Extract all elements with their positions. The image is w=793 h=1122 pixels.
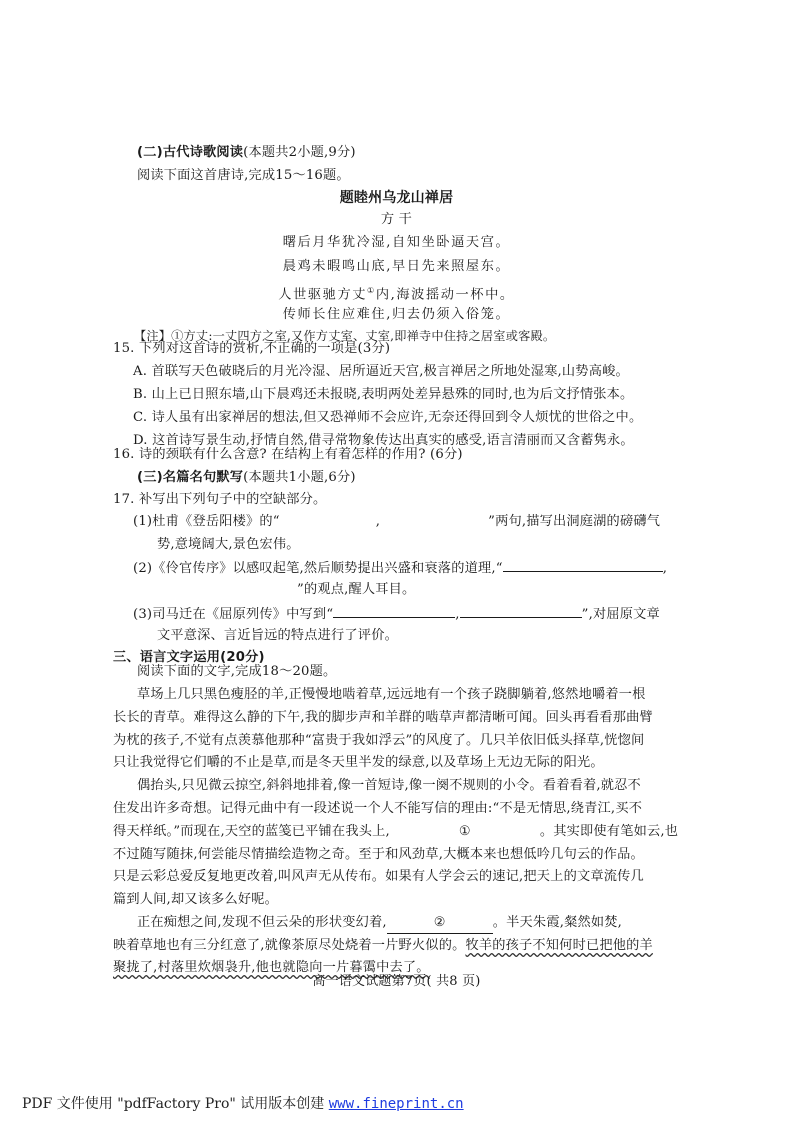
blank-1[interactable]: ①: [390, 822, 540, 842]
q17-item-2-blank-a[interactable]: [503, 557, 663, 572]
q15-option-c: C. 诗人虽有出家禅居的想法,但又恐禅师不会应许,无奈还得回到令人烦忧的世俗之中…: [133, 408, 642, 428]
passage-p2-line-4: 不过随写随抹,何尝能尽情描绘造物之奇。至于和风劲草,大概本来也想低吟几句云的作品…: [113, 845, 644, 865]
watermark-link[interactable]: www.fineprint.cn: [329, 1096, 464, 1112]
poem-line-2: 晨鸡未暇鸣山底,早日先来照屋东。: [0, 257, 793, 277]
q17-item-1: (1)杜甫《登岳阳楼》的“,”两句,描写出洞庭湖的磅礴气: [133, 512, 660, 532]
blank-2[interactable]: ②: [387, 913, 493, 934]
passage-p2-line-1: 偶抬头,只见微云掠空,斜斜地排着,像一首短诗,像一阕不规则的小令。看着看着,就忍…: [137, 776, 641, 796]
q15-option-b: B. 山上已日照东墙,山下晨鸡还未报晓,表明两处差异悬殊的同时,也为后文抒情张本…: [133, 385, 633, 405]
blank-1-label: ①: [459, 824, 471, 839]
poem-author: 方 干: [0, 210, 793, 230]
passage-p2-line-2: 住发出许多奇想。记得元曲中有一段述说一个人不能写信的理由:“不是无情思,绕青江,…: [113, 799, 642, 819]
q17-stem: 17. 补写出下列句子中的空缺部分。: [113, 490, 326, 510]
poem-line-4: 传师长住应难住,归去仍须入俗笼。: [0, 305, 793, 325]
underlined-sentence-part-1: 牧羊的孩子不知何时已把他的羊: [465, 938, 652, 953]
section-heading-poetry: (二)古代诗歌阅读(本题共2小题,9分): [137, 143, 356, 163]
q17-item-2-prefix: (2)《伶官传序》以感叹起笔,然后顺势提出兴盛和衰落的道理,“: [133, 561, 503, 576]
passage-p1-line-1: 草场上几只黑色瘦胫的羊,正慢慢地啮着草,远远地有一个孩子跷脚躺着,悠然地嚼着一根: [137, 685, 646, 705]
q17-item-3: (3)司马迁在《屈原列传》中写到“,”,对屈原文章: [133, 603, 660, 625]
passage-p2-line-5: 只是云彩总爱反复地更改着,叫风声无从传布。如果有人学会云的速记,把天上的文章流传…: [113, 867, 644, 887]
q17-item-3-cont: 文平意深、言近旨远的特点进行了评价。: [157, 626, 398, 646]
q15-option-a: A. 首联写天色破晓后的月光冷湿、居所逼近天宫,极言禅居之所地处湿寒,山势高峻。: [133, 362, 629, 382]
q16-stem: 16. 诗的颈联有什么含意? 在结构上有着怎样的作用? (6分): [113, 445, 463, 465]
passage-p3-line-2: 映着草地也有三分红意了,就像茶原尽处烧着一片野火似的。牧羊的孩子不知何时已把他的…: [113, 936, 653, 956]
poem-title: 题睦州乌龙山禅居: [0, 188, 793, 208]
passage-p1-line-2: 长长的青草。难得这么静的下午,我的脚步声和羊群的啮草声都清晰可闻。回头再看看那曲…: [113, 708, 653, 728]
passage-p2-line-3-a: 得天样纸。”而现在,天空的蓝笺已平铺在我头上,: [113, 824, 390, 839]
passage-p3-line-2-a: 映着草地也有三分红意了,就像茶原尽处烧着一片野火似的。: [113, 938, 465, 953]
q17-item-2: (2)《伶官传序》以感叹起笔,然后顺势提出兴盛和衰落的道理,“,: [133, 557, 667, 579]
passage-p3-line-1-b: 。半天朱霞,粲然如焚,: [493, 915, 622, 930]
q17-item-3-prefix: (3)司马迁在《屈原列传》中写到“: [133, 607, 333, 622]
q17-item-1-prefix: (1)杜甫《登岳阳楼》的“: [133, 514, 280, 529]
section-heading-recitation: (三)名篇名句默写(本题共1小题,6分): [137, 468, 356, 488]
page-number: 高一语文试题第7页( 共8 页): [0, 972, 793, 992]
watermark-text: PDF 文件使用 "pdfFactory Pro" 试用版本创建: [22, 1096, 329, 1112]
section-heading-note: (本题共1小题,6分): [243, 470, 356, 485]
blank-2-label: ②: [434, 915, 446, 930]
q17-item-3-suffix: ”,对屈原文章: [582, 607, 660, 622]
comma: ,: [376, 514, 380, 529]
q17-item-1-suffix: ”两句,描写出洞庭湖的磅礴气: [488, 514, 660, 529]
section-heading-text: (三)名篇名句默写: [137, 470, 243, 485]
passage-p1-line-3: 为枕的孩子,不觉有点羡慕他那种“富贵于我如浮云”的风度了。几只羊依旧低头择草,恍…: [113, 731, 644, 751]
pdf-watermark: PDF 文件使用 "pdfFactory Pro" 试用版本创建 www.fin…: [22, 1093, 464, 1113]
passage-p2-line-3: 得天样纸。”而现在,天空的蓝笺已平铺在我头上,①。其实即使有笔如云,也: [113, 822, 678, 842]
q17-item-2-suffix: ”的观点,醒人耳目。: [297, 582, 415, 597]
passage-p2-line-3-b: 。其实即使有笔如云,也: [540, 824, 678, 839]
q17-item-3-blank-b[interactable]: [460, 603, 582, 618]
poetry-instruction: 阅读下面这首唐诗,完成15～16题。: [137, 166, 350, 186]
section-heading-text: (二)古代诗歌阅读: [137, 145, 243, 160]
comma: ,: [663, 561, 667, 576]
section-heading-note: (本题共2小题,9分): [243, 145, 356, 160]
part-instruction: 阅读下面的文字,完成18～20题。: [137, 662, 336, 682]
passage-p2-line-6: 篇到人间,却又该多么好呢。: [113, 890, 278, 910]
footnote-marker: ①: [367, 286, 376, 295]
poem-line-3-b: 内,海波摇动一杯中。: [376, 287, 515, 302]
passage-p3-line-1: 正在痴想之间,发现不但云朵的形状变幻着,②。半天朱霞,粲然如焚,: [137, 913, 622, 934]
q17-item-1-cont: 势,意境阔大,景色宏伟。: [157, 535, 300, 555]
exam-page: (二)古代诗歌阅读(本题共2小题,9分) 阅读下面这首唐诗,完成15～16题。 …: [0, 0, 793, 1122]
q17-item-2-cont: ”的观点,醒人耳目。: [157, 580, 415, 600]
poem-line-3: 人世驱驰方丈①内,海波摇动一杯中。: [0, 281, 793, 305]
poem-line-3-a: 人世驱驰方丈: [278, 287, 367, 302]
q17-item-3-blank-a[interactable]: [333, 603, 455, 618]
passage-p3-line-1-a: 正在痴想之间,发现不但云朵的形状变幻着,: [137, 915, 387, 930]
passage-p1-line-4: 只让我觉得它们嚼的不止是草,而是冬天里半发的绿意,以及草场上无边无际的阳光。: [113, 753, 604, 773]
poem-line-1: 曙后月华犹冷湿,自知坐卧逼天宫。: [0, 233, 793, 253]
q15-stem: 15. 下列对这首诗的赏析,不正确的一项是(3分): [113, 339, 390, 359]
